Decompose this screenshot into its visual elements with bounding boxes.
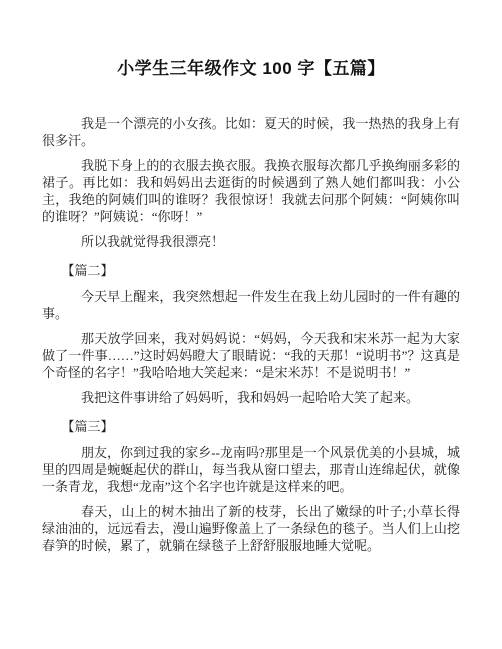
paragraph: 那天放学回来，我对妈妈说：“妈妈，今天我和宋米苏一起为大家做了一件事……”这时妈… [42,330,460,381]
paragraph: 我脱下身上的的衣服去换衣服。我换衣服每次都几乎换绚丽多彩的裙子。再比如：我和妈妈… [42,157,460,225]
paragraph: 我把这件事讲给了妈妈听，我和妈妈一起哈哈大笑了起来。 [42,389,460,406]
section-heading-part2: 【篇二】 [42,262,460,279]
essay-title: 小学生三年级作文 100 字【五篇】 [42,58,460,80]
paragraph: 春天，山上的树木抽出了新的枝芽，长出了嫩绿的叶子;小草长得绿油油的，远远看去，漫… [42,503,460,554]
paragraph: 朋友，你到过我的家乡--龙南吗?那里是一个风景优美的小县城，城里的四周是蜿蜒起伏… [42,444,460,495]
document-page: 小学生三年级作文 100 字【五篇】 我是一个漂亮的小女孩。比如：夏天的时候，我… [0,0,502,649]
paragraph: 今天早上醒来，我突然想起一件发生在我上幼儿园时的一件有趣的事。 [42,288,460,322]
paragraph: 我是一个漂亮的小女孩。比如：夏天的时候，我一热热的我身上有很多汗。 [42,115,460,149]
section-heading-part3: 【篇三】 [42,418,460,435]
paragraph: 所以我就觉得我很漂亮！ [42,233,460,250]
